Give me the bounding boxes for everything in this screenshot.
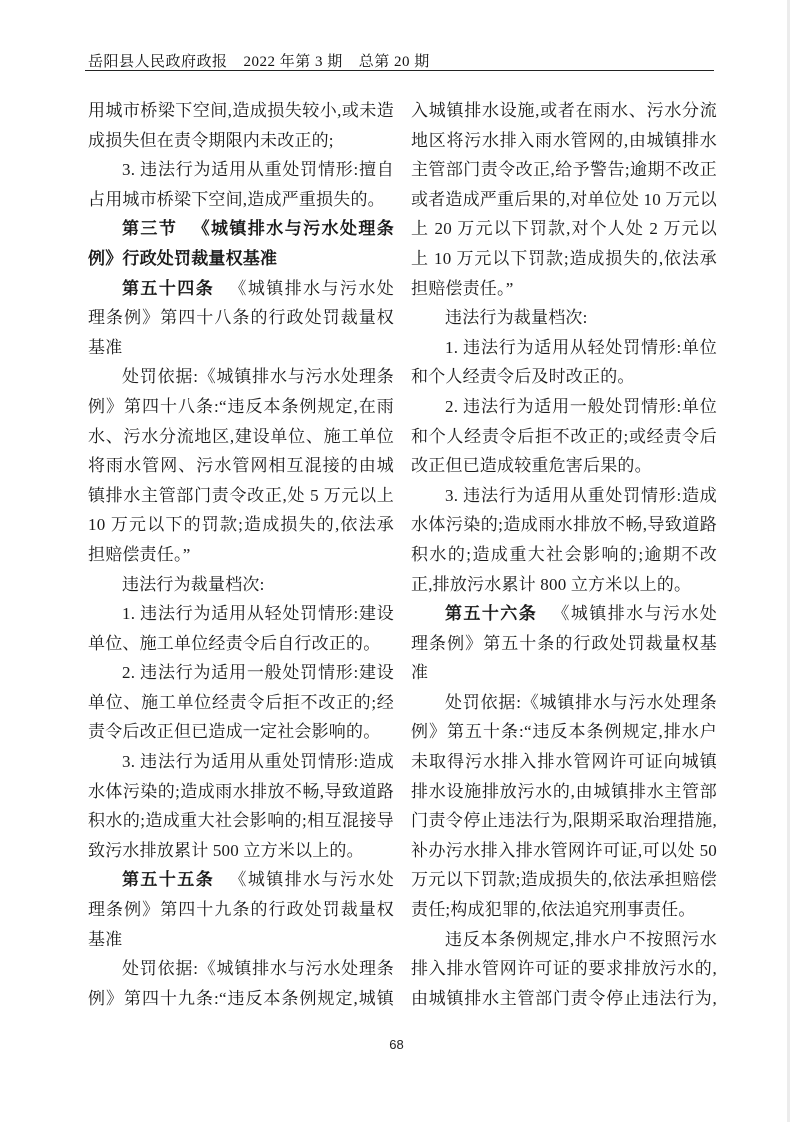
paragraph: 第五十五条《城镇排水与污水处理条例》第四十九条的行政处罚裁量权基准 — [88, 865, 394, 954]
paragraph-text: 3. 违法行为适用从重处罚情形:造成水体污染的;造成雨水排放不畅,导致道路积水的… — [88, 752, 394, 860]
paragraph: 1. 违法行为适用从轻处罚情形:单位和个人经责令后及时改正的。 — [411, 333, 717, 392]
page-number: 68 — [389, 1037, 403, 1052]
article-number: 第三节 — [122, 219, 177, 238]
paragraph-text: 违法行为裁量档次: — [122, 575, 265, 594]
document-body: 用城市桥梁下空间,造成损失较小,或未造成损失但在责令期限内未改正的;3. 违法行… — [88, 96, 714, 1016]
paragraph: 处罚依据:《城镇排水与污水处理条例》第四十八条:“违反本条例规定,在雨水、污水分… — [88, 362, 394, 569]
article-number: 第五十四条 — [122, 279, 214, 298]
paragraph-text: 2. 违法行为适用一般处罚情形:单位和个人经责令后拒不改正的;或经责令后改正但已… — [411, 397, 717, 475]
journal-title: 岳阳县人民政府政报 — [88, 54, 228, 70]
paragraph: 处罚依据:《城镇排水与污水处理条例》第五十条:“违反本条例规定,排水户未取得污水… — [411, 688, 717, 925]
paragraph-text: 用城市桥梁下空间,造成损失较小,或未造成损失但在责令期限内未改正的; — [88, 101, 394, 150]
paragraph: 第三节《城镇排水与污水处理条例》行政处罚裁量权基准 — [88, 214, 394, 273]
paragraph-text: 3. 违法行为适用从重处罚情形:造成水体污染的;造成雨水排放不畅,导致道路积水的… — [411, 486, 717, 594]
paragraph: 违法行为裁量档次: — [88, 570, 394, 600]
page-footer: 68 — [0, 1037, 793, 1052]
volume-label: 总第 20 期 — [359, 54, 430, 70]
left-column: 用城市桥梁下空间,造成损失较小,或未造成损失但在责令期限内未改正的;3. 违法行… — [88, 96, 394, 1016]
article-number: 第五十五条 — [122, 870, 214, 889]
scan-edge-artifact — [787, 0, 790, 1122]
paragraph: 2. 违法行为适用一般处罚情形:建设单位、施工单位经责令后拒不改正的;经责令后改… — [88, 658, 394, 747]
paragraph-text: 1. 违法行为适用从轻处罚情形:单位和个人经责令后及时改正的。 — [411, 338, 717, 387]
paragraph: 用城市桥梁下空间,造成损失较小,或未造成损失但在责令期限内未改正的; — [88, 96, 394, 155]
paragraph-text: 入城镇排水设施,或者在雨水、污水分流地区将污水排入雨水管网的,由城镇排水主管部门… — [411, 101, 717, 298]
paragraph-text: 2. 违法行为适用一般处罚情形:建设单位、施工单位经责令后拒不改正的;经责令后改… — [88, 663, 394, 741]
paragraph-text: 处罚依据:《城镇排水与污水处理条例》第四十九条:“违反本条例规定,城镇排水与污水… — [88, 959, 394, 1016]
paragraph-text: 违法行为裁量档次: — [445, 308, 588, 327]
paragraph: 2. 违法行为适用一般处罚情形:单位和个人经责令后拒不改正的;或经责令后改正但已… — [411, 392, 717, 481]
paragraph: 3. 违法行为适用从重处罚情形:造成水体污染的;造成雨水排放不畅,导致道路积水的… — [411, 481, 717, 599]
paragraph: 入城镇排水设施,或者在雨水、污水分流地区将污水排入雨水管网的,由城镇排水主管部门… — [411, 96, 717, 303]
paragraph-text: 违反本条例规定,排水户不按照污水排入排水管网许可证的要求排放污水的,由城镇排水主… — [411, 930, 717, 1016]
header-rule — [85, 70, 714, 71]
paragraph: 处罚依据:《城镇排水与污水处理条例》第四十九条:“违反本条例规定,城镇排水与污水… — [88, 954, 394, 1016]
right-column: 入城镇排水设施,或者在雨水、污水分流地区将污水排入雨水管网的,由城镇排水主管部门… — [411, 96, 717, 1016]
paragraph-text: 3. 违法行为适用从重处罚情形:擅自占用城市桥梁下空间,造成严重损失的。 — [88, 160, 394, 209]
page-header: 岳阳县人民政府政报2022 年第 3 期总第 20 期 — [88, 50, 430, 71]
paragraph-text: 处罚依据:《城镇排水与污水处理条例》第五十条:“违反本条例规定,排水户未取得污水… — [411, 693, 717, 919]
paragraph: 1. 违法行为适用从轻处罚情形:建设单位、施工单位经责令后自行改正的。 — [88, 599, 394, 658]
issue-label: 2022 年第 3 期 — [244, 54, 343, 70]
article-number: 第五十六条 — [445, 604, 537, 623]
paragraph: 第五十六条《城镇排水与污水处理条例》第五十条的行政处罚裁量权基准 — [411, 599, 717, 688]
paragraph-text: 处罚依据:《城镇排水与污水处理条例》第四十八条:“违反本条例规定,在雨水、污水分… — [88, 367, 394, 564]
paragraph: 3. 违法行为适用从重处罚情形:擅自占用城市桥梁下空间,造成严重损失的。 — [88, 155, 394, 214]
gazette-page: 岳阳县人民政府政报2022 年第 3 期总第 20 期 用城市桥梁下空间,造成损… — [0, 0, 793, 1122]
paragraph: 违法行为裁量档次: — [411, 303, 717, 333]
paragraph: 第五十四条《城镇排水与污水处理条例》第四十八条的行政处罚裁量权基准 — [88, 274, 394, 363]
paragraph: 违反本条例规定,排水户不按照污水排入排水管网许可证的要求排放污水的,由城镇排水主… — [411, 925, 717, 1016]
paragraph: 3. 违法行为适用从重处罚情形:造成水体污染的;造成雨水排放不畅,导致道路积水的… — [88, 747, 394, 865]
paragraph-text: 1. 违法行为适用从轻处罚情形:建设单位、施工单位经责令后自行改正的。 — [88, 604, 394, 653]
